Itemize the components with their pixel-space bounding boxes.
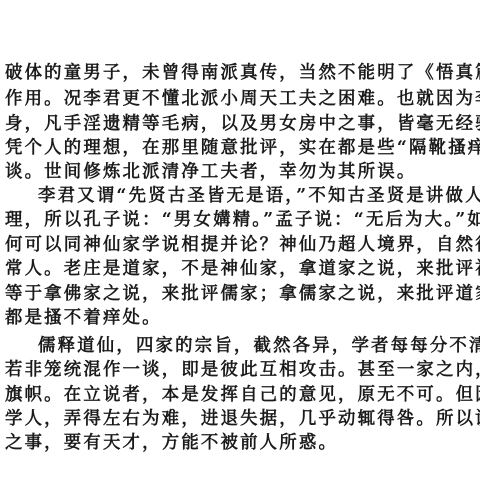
text-line-2: 作用。况李君更不懂北派小周天工夫之困难。也就因为李君是童子 (5, 87, 473, 111)
text-line-3: 身，凡手淫遗精等毛病，以及男女房中之事，皆毫无经验，所以 (5, 112, 473, 136)
text-line-8: 何可以同神仙家学说相提并论？神仙乃超人境界，自然行事异乎 (5, 233, 473, 257)
text-line-13: 若非笼统混作一谈，即是彼此互相攻击。甚至一家之内，亦复各树 (5, 358, 473, 382)
text-line-15: 学人，弄得左右为难，进退失据，几乎动辄得咎。所以读书求学 (5, 407, 473, 431)
text-line-16: 之事，要有天才，方能不被前人所惑。 (5, 431, 473, 455)
text-line-1: 破体的童男子，未曾得南派真传，当然不能明了《悟真篇》是什么 (5, 61, 473, 85)
text-line-12: 儒释道仙，四家的宗旨，截然各异，学者每每分不清楚， (38, 334, 473, 358)
text-line-4: 凭个人的理想，在那里随意批评，实在都是些“隔靴搔痒”之 (5, 136, 473, 160)
text-line-10: 等于拿佛家之说，来批评儒家；拿儒家之说，来批评道家一样， (5, 282, 473, 306)
text-line-14: 旗帜。在立说者，本是发挥自己的意见，原无不可。但因此就苦了 (5, 383, 473, 407)
text-line-11: 都是搔不着痒处。 (5, 306, 473, 330)
text-line-7: 理，所以孔子说：“男女媾精。”孟子说：“无后为大。”如 (5, 208, 473, 232)
text-line-9: 常人。老庄是道家，不是神仙家，拿道家之说，来批评神仙家，就 (5, 257, 473, 281)
text-line-6: 李君又谓“先贤古圣皆无是语，”不知古圣贤是讲做人的道 (38, 184, 473, 208)
text-line-5: 谈。世间修炼北派清净工夫者，幸勿为其所误。 (5, 160, 473, 184)
document-page: 破体的童男子，未曾得南派真传，当然不能明了《悟真篇》是什么 作用。况李君更不懂北… (0, 0, 480, 480)
